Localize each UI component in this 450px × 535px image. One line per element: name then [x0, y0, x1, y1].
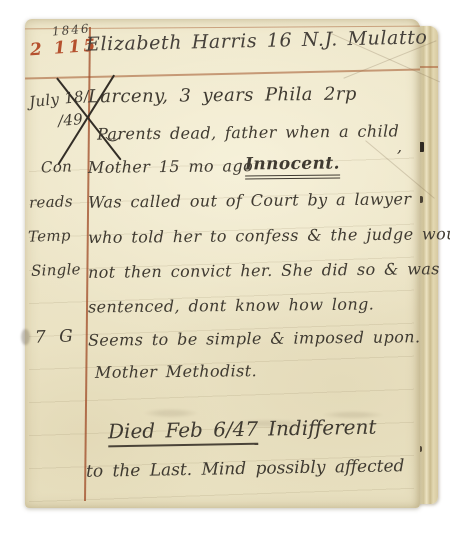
- line-court-4: sentenced, dont know how long.: [88, 295, 374, 317]
- line-mother: Mother 15 mo ago: [88, 156, 253, 177]
- line-verdict-innocent: Innocent.: [245, 154, 340, 180]
- paper-stain: [21, 329, 30, 345]
- died-condition: Indifferent: [268, 415, 377, 441]
- line-court-2: who told her to confess & the judge woul…: [88, 224, 450, 247]
- trailing-comma-mark: ,: [397, 137, 402, 156]
- line-sentence: Larceny, 3 years Phila 2rp: [88, 84, 357, 108]
- line-assessment: Seems to be simple & imposed upon.: [88, 327, 421, 349]
- margin-note-reads: reads: [29, 192, 73, 212]
- line-religion: Mother Methodist.: [95, 361, 257, 382]
- ruled-line-under-heading: [25, 69, 420, 79]
- died-date-underlined: Died Feb 6/47: [108, 417, 259, 448]
- ledger-page: 1846 2 115 Elizabeth Harris 16 N.J. Mula…: [25, 19, 420, 508]
- margin-note-mark: 7 G: [35, 326, 77, 347]
- line-court-1: Was called out of Court by a lawyer: [88, 189, 412, 211]
- margin-note-con: Con: [41, 157, 73, 176]
- record-heading: Elizabeth Harris 16 N.J. Mulatto: [86, 26, 428, 55]
- margin-note-temp: Temp: [28, 226, 71, 245]
- margin-note-single: Single: [31, 260, 81, 280]
- line-court-3: not then convict her. She did so & was: [88, 259, 440, 282]
- line-parents: Parents dead, father when a child: [97, 121, 399, 143]
- line-died: Died Feb 6/47Indifferent: [108, 415, 377, 444]
